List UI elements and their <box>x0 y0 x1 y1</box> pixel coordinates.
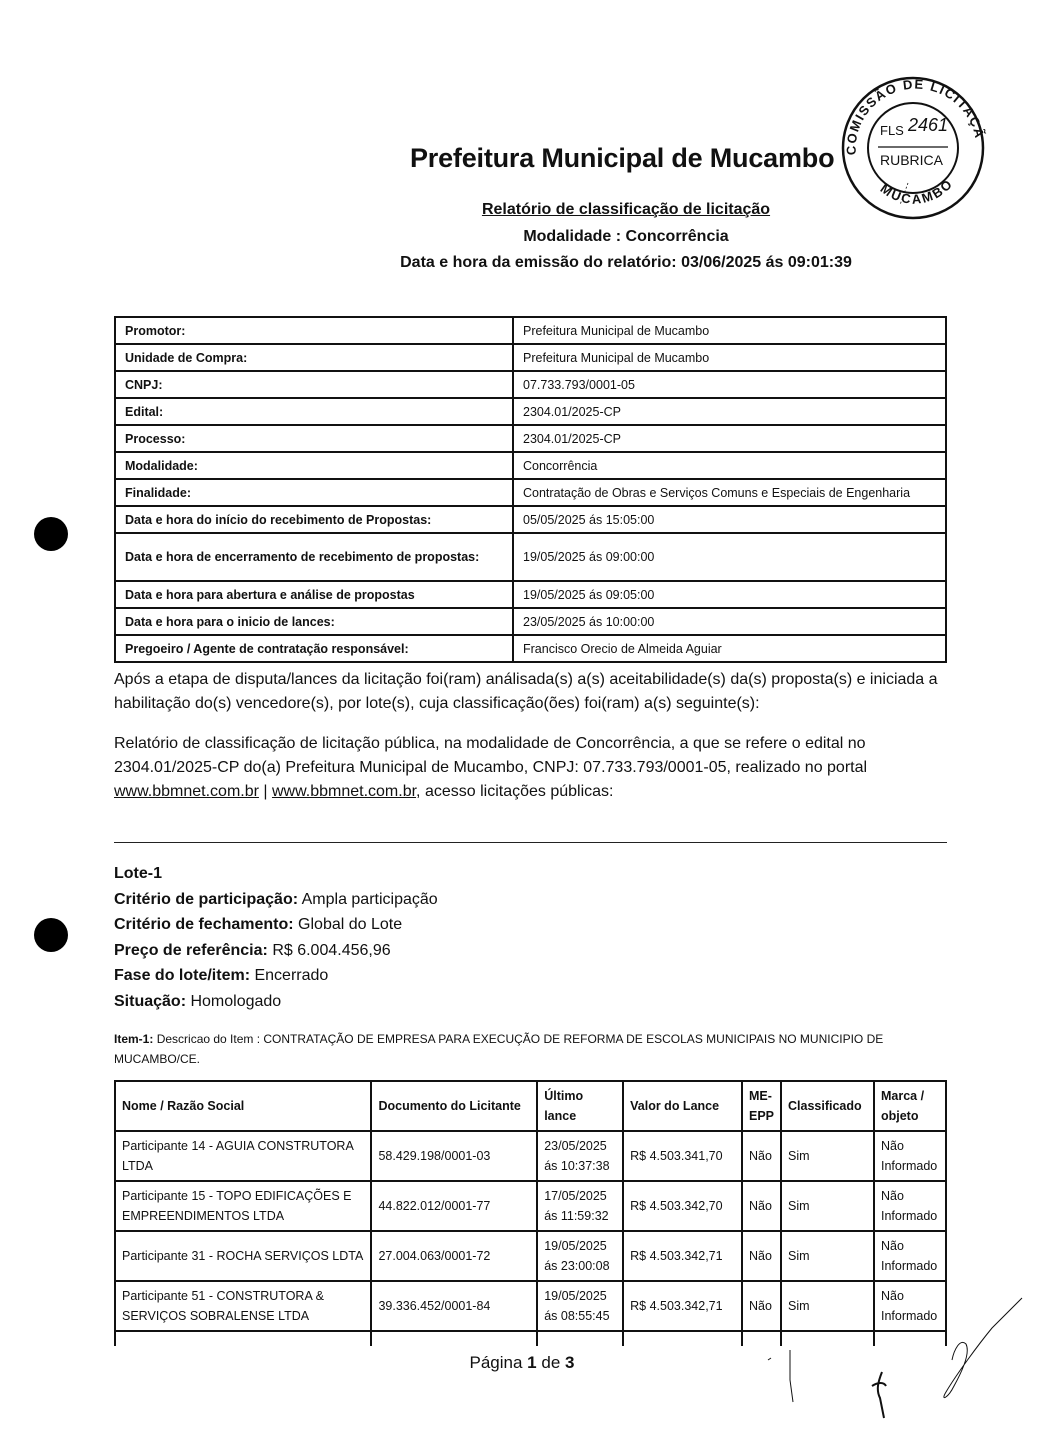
lot-field: Preço de referência: R$ 6.004.456,96 <box>114 938 438 964</box>
info-row: CNPJ:07.733.793/0001-05 <box>115 371 946 398</box>
table-cell: Sim <box>781 1131 874 1181</box>
lot-field-label: Situação: <box>114 993 186 1010</box>
lot-field-value: Ampla participação <box>302 891 438 908</box>
info-label: Modalidade: <box>115 452 513 479</box>
info-row: Modalidade:Concorrência <box>115 452 946 479</box>
table-row: Participante 15 - TOPO EDIFICAÇÕES E EMP… <box>115 1181 946 1231</box>
page-prefix: Página <box>470 1353 523 1372</box>
info-row: Processo:2304.01/2025-CP <box>115 425 946 452</box>
info-row: Finalidade:Contratação de Obras e Serviç… <box>115 479 946 506</box>
lot-details: Lote-1 Critério de participação: Ampla p… <box>114 861 438 1014</box>
column-header: Valor do Lance <box>623 1081 742 1131</box>
punch-hole <box>34 517 68 551</box>
emission-line: Data e hora da emissão do relatório: 03/… <box>0 254 1044 272</box>
info-value: Prefeitura Municipal de Mucambo <box>513 344 946 371</box>
svg-text:RUBRICA: RUBRICA <box>880 152 944 168</box>
info-label: Data e hora do início do recebimento de … <box>115 506 513 533</box>
lot-name: Lote-1 <box>114 865 162 882</box>
info-row: Data e hora para o inicio de lances:23/0… <box>115 608 946 635</box>
portal-link[interactable]: www.bbmnet.com.br <box>114 783 259 800</box>
link-separator: | <box>259 783 272 800</box>
column-header: Marca / objeto <box>874 1081 946 1131</box>
table-cell: Não Informado <box>874 1131 946 1181</box>
modality-line: Modalidade : Concorrência <box>0 228 1044 246</box>
svg-text:FLS: FLS <box>880 123 904 138</box>
intro-paragraph: Após a etapa de disputa/lances da licita… <box>114 668 954 716</box>
table-cell: Participante 31 - ROCHA SERVIÇOS LDTA <box>115 1231 371 1281</box>
table-cell: Participante 51 - CONSTRUTORA & SERVIÇOS… <box>115 1281 371 1331</box>
column-header: Último lance <box>537 1081 623 1131</box>
table-cell: Participante 14 - AGUIA CONSTRUTORA LTDA <box>115 1131 371 1181</box>
table-cell: Sim <box>781 1181 874 1231</box>
lot-field-value: R$ 6.004.456,96 <box>272 942 390 959</box>
info-label: Data e hora para o inicio de lances: <box>115 608 513 635</box>
lot-field-label: Preço de referência: <box>114 942 268 959</box>
info-value: Prefeitura Municipal de Mucambo <box>513 317 946 344</box>
lot-field: Situação: Homologado <box>114 989 438 1015</box>
info-row: Unidade de Compra:Prefeitura Municipal d… <box>115 344 946 371</box>
info-value: 05/05/2025 ás 15:05:00 <box>513 506 946 533</box>
section-divider <box>114 842 947 843</box>
lot-field: Critério de fechamento: Global do Lote <box>114 912 438 938</box>
lot-field-value: Encerrado <box>254 967 328 984</box>
info-label: Finalidade: <box>115 479 513 506</box>
info-label: Promotor: <box>115 317 513 344</box>
handwritten-signature <box>760 1290 1040 1440</box>
info-row: Data e hora para abertura e análise de p… <box>115 581 946 608</box>
table-cell: 17/05/2025 ás 11:59:32 <box>537 1181 623 1231</box>
lot-field-value: Global do Lote <box>298 916 402 933</box>
info-label: Data e hora de encerramento de recebimen… <box>115 533 513 581</box>
report-paragraph-text: Relatório de classificação de licitação … <box>114 735 867 776</box>
info-row: Data e hora de encerramento de recebimen… <box>115 533 946 581</box>
info-value: Francisco Orecio de Almeida Aguiar <box>513 635 946 662</box>
column-header: Nome / Razão Social <box>115 1081 371 1131</box>
item-description-text: Descricao do Item : CONTRATAÇÃO DE EMPRE… <box>114 1032 883 1066</box>
table-cell: 19/05/2025 ás 08:55:45 <box>537 1281 623 1331</box>
info-row: Pregoeiro / Agente de contratação respon… <box>115 635 946 662</box>
table-cell: Participante 15 - TOPO EDIFICAÇÕES E EMP… <box>115 1181 371 1231</box>
page-total: 3 <box>565 1353 574 1372</box>
svg-text:MUCAMBO: MUCAMBO <box>878 176 957 207</box>
info-value: 19/05/2025 ás 09:05:00 <box>513 581 946 608</box>
info-value: Concorrência <box>513 452 946 479</box>
info-label: Pregoeiro / Agente de contratação respon… <box>115 635 513 662</box>
table-cell: Não <box>742 1231 781 1281</box>
info-label: Data e hora para abertura e análise de p… <box>115 581 513 608</box>
page-title: Prefeitura Municipal de Mucambo <box>410 143 834 174</box>
info-value: 07.733.793/0001-05 <box>513 371 946 398</box>
procurement-info-table: Promotor:Prefeitura Municipal de Mucambo… <box>114 316 947 663</box>
page-of: de <box>541 1353 560 1372</box>
info-row: Data e hora do início do recebimento de … <box>115 506 946 533</box>
info-value: Contratação de Obras e Serviços Comuns e… <box>513 479 946 506</box>
lot-field-label: Critério de participação: <box>114 891 298 908</box>
commission-stamp: COMISSÃO DE LICITAÇÃO MUCAMBO FLS 2461 R… <box>838 73 988 223</box>
table-cell: Sim <box>781 1231 874 1281</box>
info-value: 2304.01/2025-CP <box>513 398 946 425</box>
table-cell: 19/05/2025 ás 23:00:08 <box>537 1231 623 1281</box>
info-value: 19/05/2025 ás 09:00:00 <box>513 533 946 581</box>
info-row: Promotor:Prefeitura Municipal de Mucambo <box>115 317 946 344</box>
table-cell: Não <box>742 1181 781 1231</box>
table-cell: Não <box>742 1131 781 1181</box>
table-cell: R$ 4.503.341,70 <box>623 1131 742 1181</box>
table-cell: R$ 4.503.342,71 <box>623 1281 742 1331</box>
column-header: ME-EPP <box>742 1081 781 1131</box>
info-value: 2304.01/2025-CP <box>513 425 946 452</box>
table-cell: R$ 4.503.342,70 <box>623 1181 742 1231</box>
column-header: Documento do Licitante <box>371 1081 537 1131</box>
table-cell: 39.336.452/0001-84 <box>371 1281 537 1331</box>
lot-field: Fase do lote/item: Encerrado <box>114 963 438 989</box>
table-row: Participante 31 - ROCHA SERVIÇOS LDTA27.… <box>115 1231 946 1281</box>
item-label: Item-1: <box>114 1032 153 1046</box>
table-cell: 27.004.063/0001-72 <box>371 1231 537 1281</box>
info-label: CNPJ: <box>115 371 513 398</box>
item-description: Item-1: Descricao do Item : CONTRATAÇÃO … <box>114 1029 954 1069</box>
info-label: Unidade de Compra: <box>115 344 513 371</box>
table-cell: 58.429.198/0001-03 <box>371 1131 537 1181</box>
report-paragraph: Relatório de classificação de licitação … <box>114 732 954 804</box>
lot-field-label: Fase do lote/item: <box>114 967 250 984</box>
table-cell: Não Informado <box>874 1181 946 1231</box>
info-label: Edital: <box>115 398 513 425</box>
report-paragraph-tail: , acesso licitações públicas: <box>416 783 613 800</box>
table-cell: 44.822.012/0001-77 <box>371 1181 537 1231</box>
table-cell: R$ 4.503.342,71 <box>623 1231 742 1281</box>
portal-link-2[interactable]: www.bbmnet.com.br <box>272 783 416 800</box>
table-row: Participante 14 - AGUIA CONSTRUTORA LTDA… <box>115 1131 946 1181</box>
info-label: Processo: <box>115 425 513 452</box>
lot-field: Critério de participação: Ampla particip… <box>114 887 438 913</box>
info-row: Edital:2304.01/2025-CP <box>115 398 946 425</box>
table-cell: Não Informado <box>874 1231 946 1281</box>
column-header: Classificado <box>781 1081 874 1131</box>
svg-text:2461: 2461 <box>907 115 948 135</box>
lot-field-value: Homologado <box>190 993 281 1010</box>
page-number: 1 <box>527 1353 536 1372</box>
info-value: 23/05/2025 ás 10:00:00 <box>513 608 946 635</box>
punch-hole <box>34 918 68 952</box>
lot-field-label: Critério de fechamento: <box>114 916 294 933</box>
table-cell: 23/05/2025 ás 10:37:38 <box>537 1131 623 1181</box>
